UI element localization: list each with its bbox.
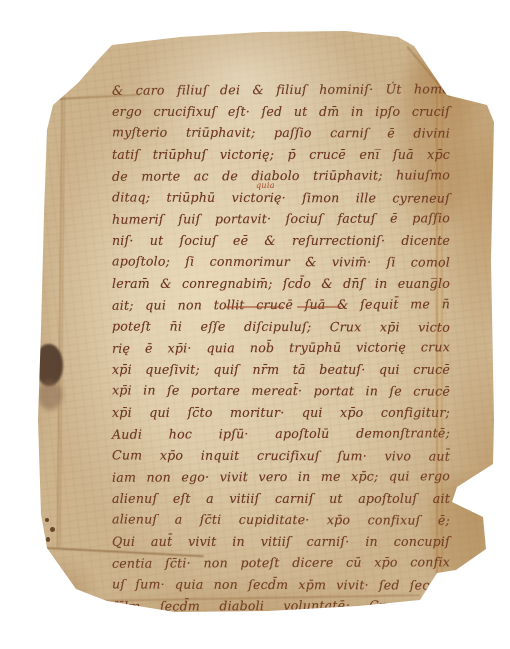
manuscript-text-line: apoſtolo; ſi conmorimur & vivim̄· ſi com… — [112, 251, 450, 274]
manuscript-text-line: xp̄i qui ſc̄to moritur· qui xp̄o configi… — [112, 403, 450, 425]
manuscript-text-line: iam non ego· vivit vero in me xp̄c; qui … — [112, 466, 450, 489]
margin-mark — [41, 122, 48, 138]
manuscript-text-line: Audi hoc ipſū· apoſtolū demonſtrantē; — [112, 423, 450, 446]
ink-blot-faded — [38, 380, 62, 410]
manuscript-text-line: ergo crucifixuſ eſt· ſed ut dm̄ in ipſo … — [112, 102, 450, 124]
manuscript-text-line: tatiſ triūphuſ victorię; p̄ crucē eni̅ ſ… — [112, 145, 450, 167]
manuscript-text-line: rię ē xp̄i· quia nob̄ tryūphū victorię c… — [112, 337, 450, 360]
manuscript-text-line: alienuſ a ſc̄ti cupiditate· xp̄o confixu… — [112, 509, 450, 532]
rubric-underline-2 — [297, 306, 341, 308]
rubric-underline-1 — [225, 306, 283, 308]
manuscript-text-line: centia ſc̄ti· non poteſt dicere cū xp̄o … — [112, 552, 450, 575]
manuscript-text-line: Qui aut̄ vivit in vitiiſ carniſ· in conc… — [112, 532, 450, 554]
manuscript-text-line: poteſt n̄i eſſe diſcipuluſ; Crux xp̄i vi… — [112, 316, 450, 339]
manuscript-text-block: & caro filiuſ dei & filiuſ hominiſ· Út h… — [112, 80, 450, 618]
manuscript-text-line: humeriſ ſuiſ portavit· ſociuſ factuſ ē p… — [112, 208, 450, 231]
manuscript-text-line: xp̄i queſivit; quiſ nr̄m tā beatuſ· qui … — [112, 360, 450, 382]
fold-crease-left — [57, 96, 66, 548]
manuscript-text-line: leram̄ & conregnabim̄; ſcd̄o & dn̄ſ in e… — [112, 274, 450, 296]
manuscript-text-line: niſ· ut ſociuſ eē & reſurrectioniſ· dice… — [112, 231, 450, 253]
manuscript-text-line: ditaq; triūphū victorię· ſimon ille cyre… — [112, 187, 450, 210]
manuscript-text-line: myſterio triūphavit; paſſio carniſ ē div… — [112, 122, 450, 145]
manuscript-photo: & caro filiuſ dei & filiuſ hominiſ· Út h… — [0, 0, 510, 649]
manuscript-text-line: xp̄i in ſe portare mereat̄· portat in ſe… — [112, 380, 450, 403]
manuscript-text-line: & caro filiuſ dei & filiuſ hominiſ· Út h… — [112, 79, 450, 102]
manuscript-text-line: Cum xp̄o inquit crucifixuſ ſum· vivo aut… — [112, 445, 450, 468]
manuscript-text-line: de morte ac de diabolo triūphavit; huiuſ… — [112, 165, 450, 188]
edge-speckles — [44, 518, 58, 544]
interlinear-gloss: quia — [256, 181, 275, 190]
manuscript-text-line: uſ ſum· quia non ſecd̄m xp̄m vivit· ſed … — [112, 574, 450, 597]
manuscript-text-line: ſc̄lm ſecd̄m diaboli voluntatē; Crux erg… — [112, 595, 450, 618]
manuscript-text-line: alienuſ eſt a vitiiſ carniſ ut apoſtoluſ… — [112, 489, 450, 511]
parchment-leaf: & caro filiuſ dei & filiuſ hominiſ· Út h… — [0, 0, 510, 649]
